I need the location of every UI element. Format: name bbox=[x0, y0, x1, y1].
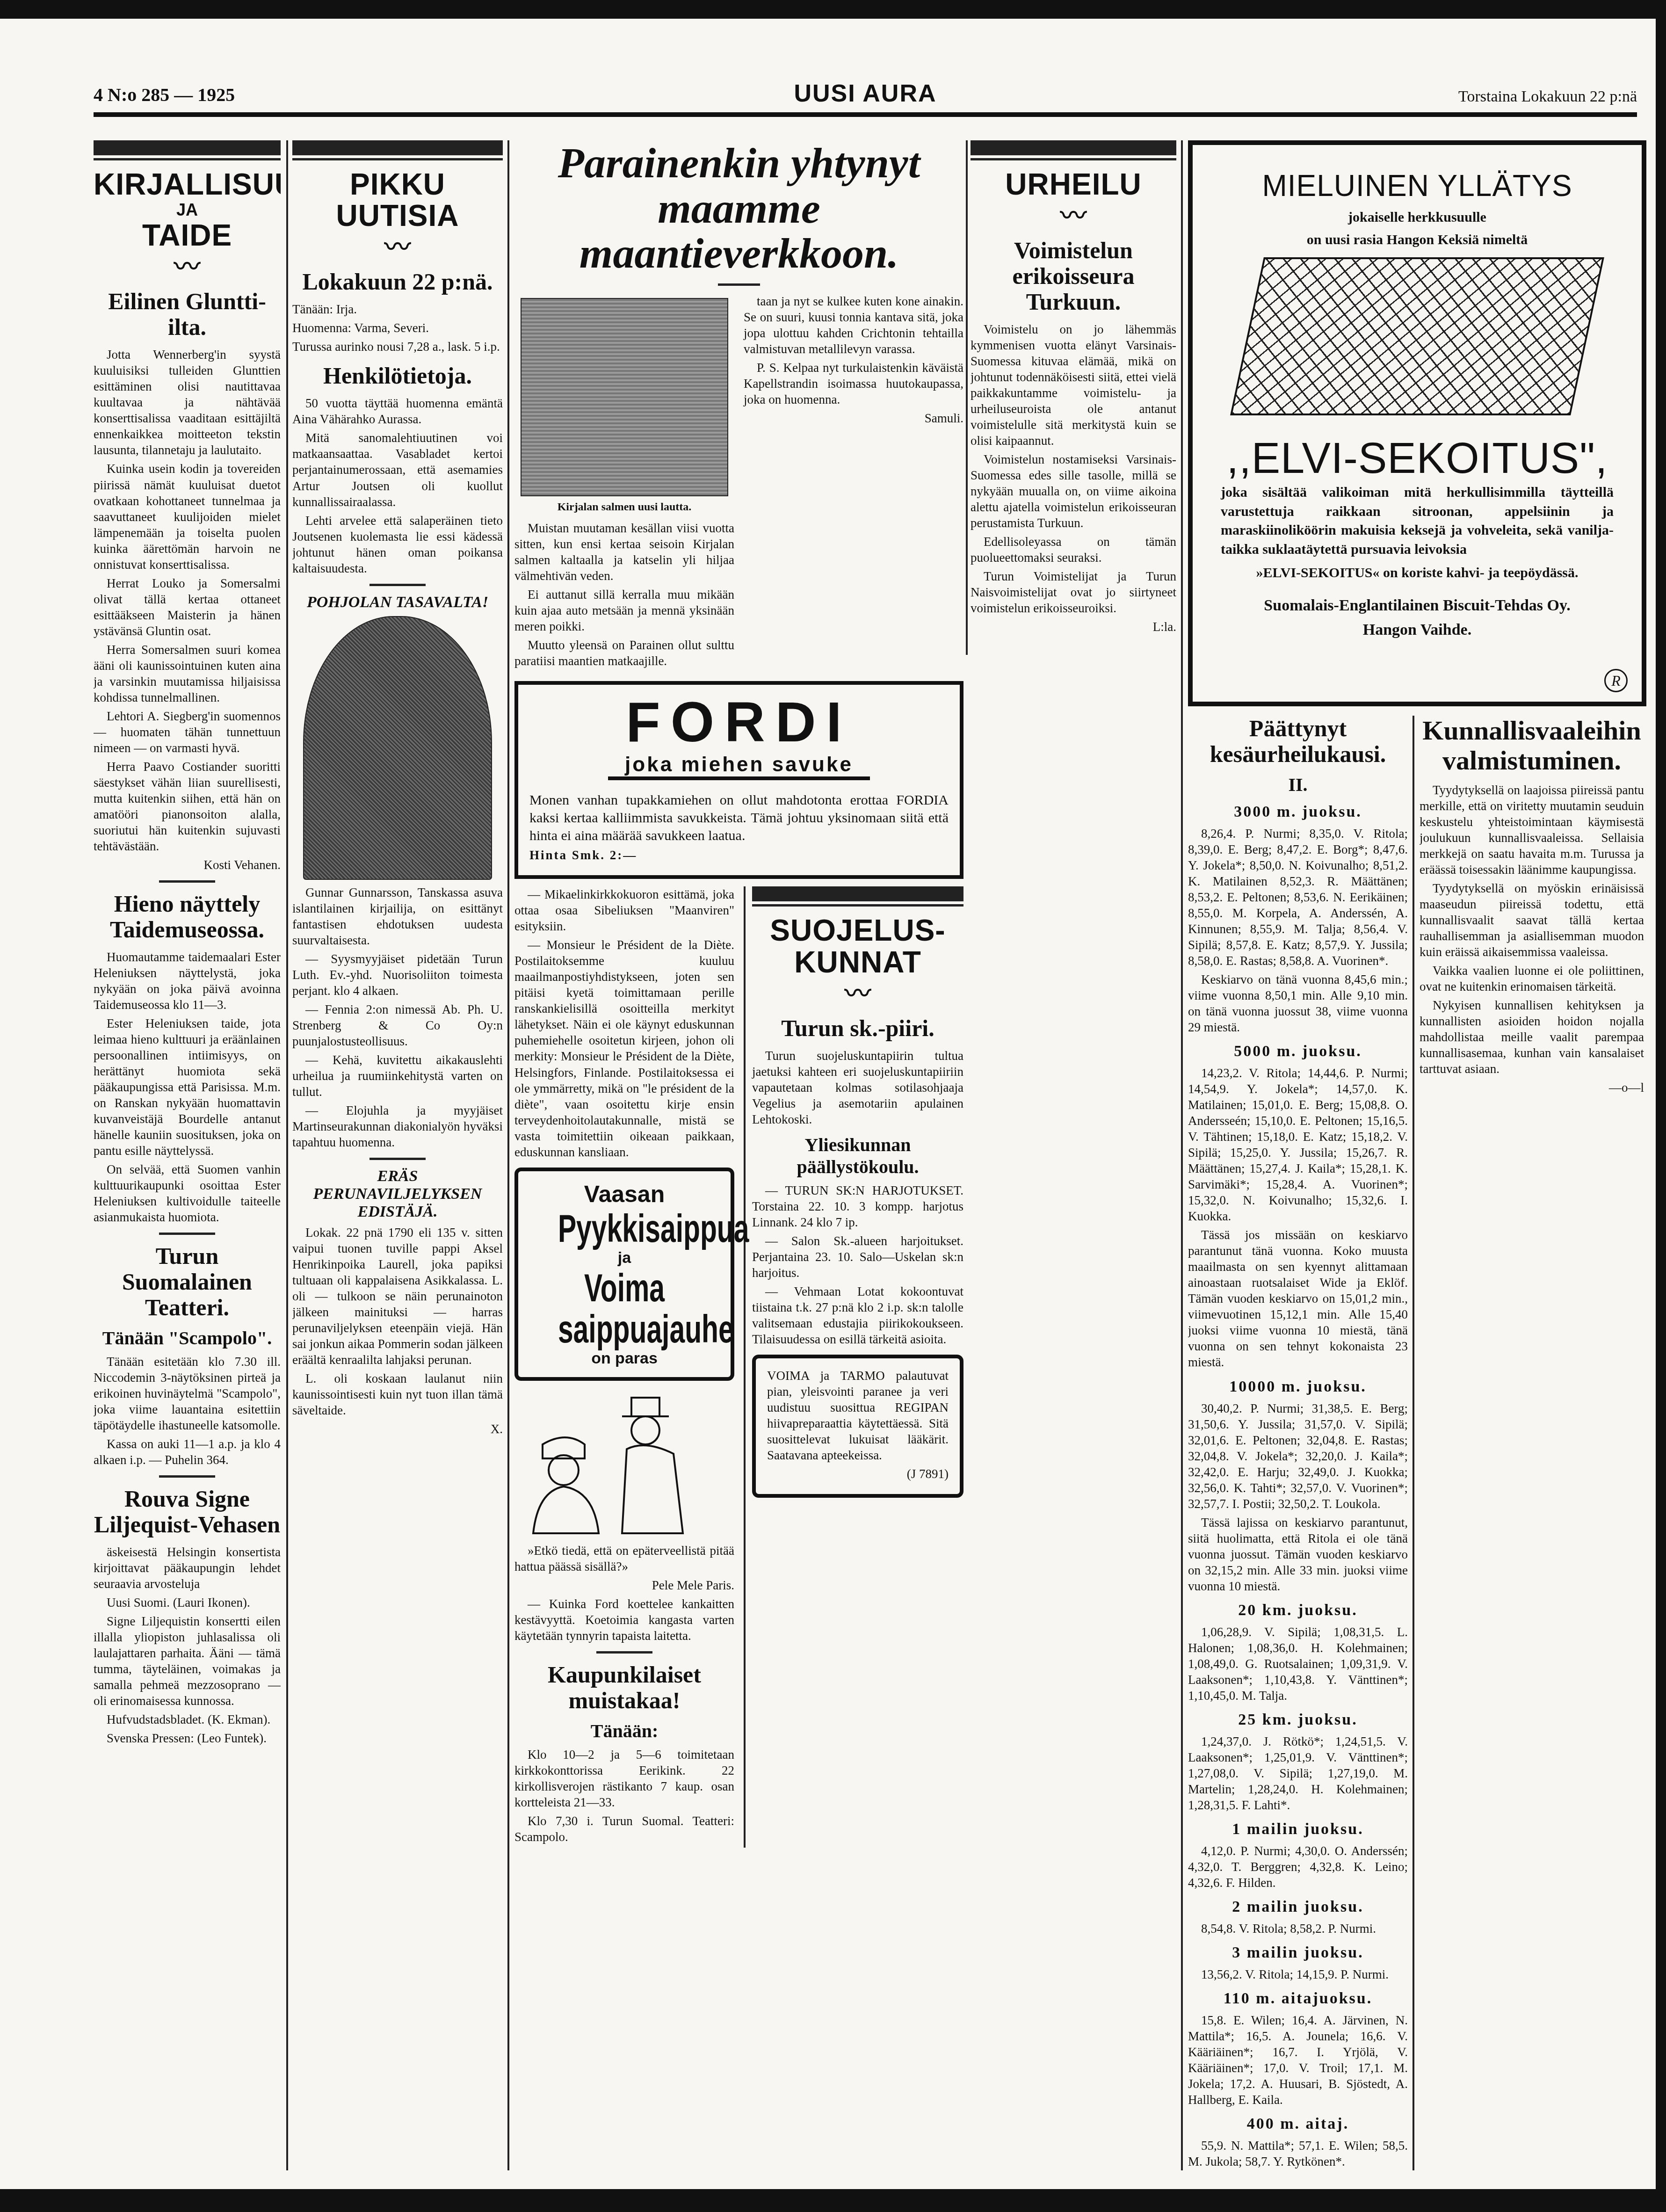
ad-product: ,,ELVI-SEKOITUS", bbox=[1221, 434, 1614, 483]
vaasan-soap-ad: Vaasan Pyykkisaippua ja Voima saippuajau… bbox=[514, 1168, 734, 1381]
fordi-ad: FORDI joka miehen savuke Monen vanhan tu… bbox=[514, 681, 963, 879]
swash-ornament: 〰 bbox=[94, 254, 281, 280]
swash-ornament: 〰 bbox=[292, 234, 503, 261]
trademark-icon: R bbox=[1604, 669, 1628, 692]
article-title: Turun Suomalainen Teatteri. bbox=[94, 1243, 281, 1320]
article-title: Rouva Signe Liljequist-Vehasen bbox=[94, 1486, 281, 1538]
signature: Kosti Vehanen. bbox=[94, 857, 281, 873]
column-sports: URHEILU 〰 Voimistelun erikoisseura Turku… bbox=[971, 140, 1176, 1052]
article-title: Henkilötietoja. bbox=[292, 363, 503, 389]
section-bar bbox=[94, 140, 281, 155]
newspaper-page: 4 N:o 285 — 1925 UUSI AURA Torstaina Lok… bbox=[0, 19, 1656, 2189]
column-sport-results: Päättynyt kesäurheilukausi. II. 3000 m. … bbox=[1188, 716, 1408, 2170]
section-title: PIKKU UUTISIA bbox=[292, 169, 503, 232]
ad-headline: MIELUINEN YLLÄTYS bbox=[1221, 168, 1614, 203]
elvi-sekoitus-ad: MIELUINEN YLLÄTYS jokaiselle herkkusuull… bbox=[1188, 140, 1646, 706]
fordi-brand: FORDI bbox=[529, 694, 949, 750]
cartoon-illustration bbox=[514, 1388, 734, 1538]
masthead: 4 N:o 285 — 1925 UUSI AURA Torstaina Lok… bbox=[94, 80, 1637, 117]
article-title: Kunnallisvaaleihin valmistuminen. bbox=[1420, 716, 1644, 776]
section-title: SUOJELUS-KUNNAT bbox=[752, 915, 963, 978]
section-title: URHEILU bbox=[971, 169, 1176, 200]
column-literature: KIRJALLISUUS JA TAIDE 〰 Eilinen Gluntti-… bbox=[94, 140, 281, 2170]
section-title: KIRJALLISUUS bbox=[94, 169, 281, 200]
photo-caption: Kirjalan salmen uusi lautta. bbox=[514, 501, 734, 514]
regipan-ad: VOIMA ja TARMO palautuvat pian, yleisvoi… bbox=[752, 1355, 963, 1498]
column-main-news: Parainenkin yhtynyt maamme maantieverkko… bbox=[514, 140, 963, 2170]
article-title: Hieno näyttely Taidemuseossa. bbox=[94, 891, 281, 943]
biscuit-box-illustration bbox=[1230, 257, 1604, 415]
portrait-photo bbox=[303, 616, 492, 880]
issue-date: Torstaina Lokakuun 22 p:nä bbox=[1458, 88, 1637, 106]
headline: Parainenkin yhtynyt maamme maantieverkko… bbox=[514, 140, 963, 276]
article-title: Eilinen Gluntti-ilta. bbox=[94, 289, 281, 340]
article-title: Päättynyt kesäurheilukausi. bbox=[1188, 716, 1408, 767]
column-municipal-elections: Kunnallisvaaleihin valmistuminen. Tyydyt… bbox=[1420, 716, 1644, 2170]
ferry-photo bbox=[521, 298, 728, 496]
article-title: Voimistelun erikoisseura Turkuun. bbox=[971, 238, 1176, 315]
column-small-news: PIKKU UUTISIA 〰 Lokakuun 22 p:nä. Tänään… bbox=[292, 140, 503, 2170]
paper-name: UUSI AURA bbox=[94, 80, 1637, 108]
